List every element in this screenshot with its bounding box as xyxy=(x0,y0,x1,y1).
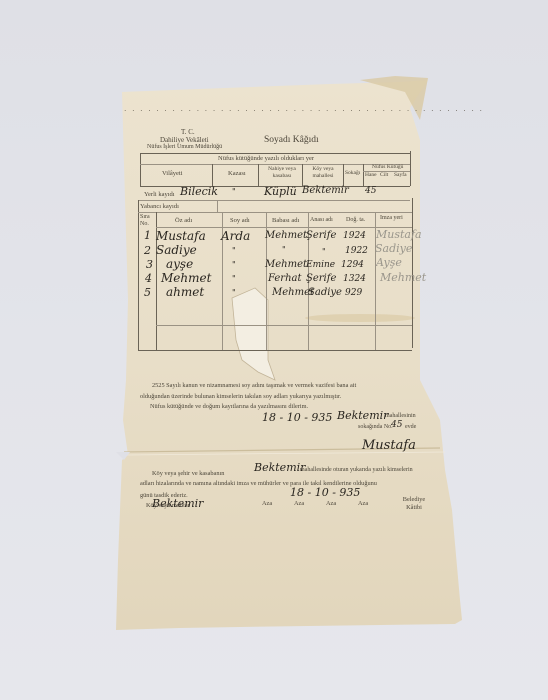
col-anasi-adi: Anası adı xyxy=(310,217,333,223)
statement-village-suffix: mahallesinin xyxy=(385,413,416,419)
confirm-date: 18 - 10 - 935 xyxy=(290,486,360,499)
col-hane: Hane xyxy=(365,172,377,178)
document-page: · · · · · · · · · · · · · · · · · · · · … xyxy=(0,0,548,700)
col-nufus-kutugu: Nüfus Kütüğü xyxy=(372,164,403,170)
registry-caption: Nüfus kütüğünde yazılı oldukları yer xyxy=(218,155,314,162)
page-title: Soyadı Kâğıdı xyxy=(264,135,319,145)
nahiye-value: Küplü xyxy=(264,185,297,198)
row-signature: Mustafa xyxy=(376,228,422,241)
row-name: ayşe xyxy=(166,257,193,271)
signatory-aza-3: Aza xyxy=(326,500,336,507)
row-father: Mehmet xyxy=(265,230,307,241)
header-dotted-line: · · · · · · · · · · · · · · · · · · · · … xyxy=(124,107,484,115)
row-mother: " xyxy=(322,247,326,256)
statement-line-2: olduğundan üzerinde bulunan kimselerin t… xyxy=(140,393,341,400)
row-father: Ferhat xyxy=(268,273,302,284)
col-nahiye: Nahiye veya kasabası xyxy=(262,166,302,180)
stamp-handwriting: Bektemir xyxy=(152,497,203,510)
confirm-village: Bektemir xyxy=(254,461,305,474)
row-birth: 1922 xyxy=(345,246,368,256)
row-signature: Mehmet xyxy=(380,271,426,284)
row-no: 3 xyxy=(146,258,153,271)
col-koy: Köy veya mahallesi xyxy=(305,166,341,180)
statement-house-number: 45 xyxy=(391,420,402,430)
statement-line-3: Nüfus kütüğünde ve doğum kayıtlarına da … xyxy=(150,403,308,410)
row-surname: " xyxy=(232,260,236,269)
kaza-value: " xyxy=(232,187,236,196)
koy-value: Bektemir xyxy=(302,185,349,196)
col-sokak: Sokağı xyxy=(345,170,360,176)
row-signature: Sadiye xyxy=(375,242,412,255)
row-mother: Şerife xyxy=(306,273,336,284)
statement-signature: Mustafa xyxy=(362,438,416,453)
col-imza-yeri: Imza yeri xyxy=(380,215,403,221)
row-surname: " xyxy=(232,288,236,297)
col-sayfa: Sayfa xyxy=(394,172,407,178)
col-kaza: Kazası xyxy=(228,170,246,177)
col-soy-adi: Soy adı xyxy=(230,217,250,224)
header-tc: T. C. xyxy=(181,128,195,136)
yerli-label: Yerli kayıdı xyxy=(144,191,175,198)
signatory-belediye: Belediye Kâtibi xyxy=(396,496,432,512)
col-babasi-adi: Babası adı xyxy=(272,217,299,224)
row-name: Mustafa xyxy=(156,229,206,243)
row-surname: " xyxy=(232,274,236,283)
row-father: " xyxy=(282,245,286,254)
row-no: 4 xyxy=(145,272,152,285)
confirm-line-1-suffix: mahallesinde oturan yukarıda yazılı kims… xyxy=(300,467,413,473)
statement-date: 18 - 10 - 935 xyxy=(262,411,332,424)
header-ministry: Dahiliye Vekâleti xyxy=(160,136,209,144)
row-father: Mehmet xyxy=(265,259,307,270)
confirm-line-1-prefix: Köy veya şehir ve kasabanın xyxy=(152,470,224,477)
statement-village: Bektemir xyxy=(337,409,388,422)
row-name: Sadiye xyxy=(156,243,197,257)
row-surname: Arda xyxy=(221,229,250,243)
hane-value: 45 xyxy=(365,186,376,196)
col-cilt: Cilt xyxy=(380,172,388,178)
statement-house-suffix: evde xyxy=(405,424,416,430)
row-name: ahmet xyxy=(166,285,204,299)
col-oz-adi: Öz adı xyxy=(175,217,192,224)
header-directorate: Nüfus İşleri Umum Müdürlüğü xyxy=(147,144,222,150)
signatory-aza-2: Aza xyxy=(294,500,304,507)
statement-line-1: 2525 Sayılı kanun ve nizamnamesi soy adı… xyxy=(152,382,356,389)
row-no: 2 xyxy=(144,244,151,257)
row-surname: " xyxy=(232,246,236,255)
row-birth: 1324 xyxy=(343,274,366,284)
vilayet-value: Bilecik xyxy=(180,185,218,198)
row-signature: Ayşe xyxy=(376,256,402,269)
row-no: 5 xyxy=(144,286,151,299)
col-sira-no: Sıra No. xyxy=(140,214,154,228)
row-birth: 1294 xyxy=(341,260,364,270)
col-vilayet: Vilâyeti xyxy=(162,170,183,177)
signatory-aza-1: Aza xyxy=(262,500,272,507)
yabanci-label: Yabancı kayıdı xyxy=(140,203,179,210)
row-birth: 929 xyxy=(345,288,362,298)
col-dogum-tarihi: Doğ. ta. xyxy=(346,217,365,223)
statement-house-prefix: sokağında No. xyxy=(358,424,393,430)
row-birth: 1924 xyxy=(343,231,366,241)
signatory-aza-4: Aza xyxy=(358,500,368,507)
row-mother: Sadiye xyxy=(308,287,342,298)
row-no: 1 xyxy=(144,229,151,242)
row-mother: Şerife xyxy=(306,230,336,241)
row-name: Mehmet xyxy=(161,271,211,285)
row-mother: Emine xyxy=(306,260,335,270)
